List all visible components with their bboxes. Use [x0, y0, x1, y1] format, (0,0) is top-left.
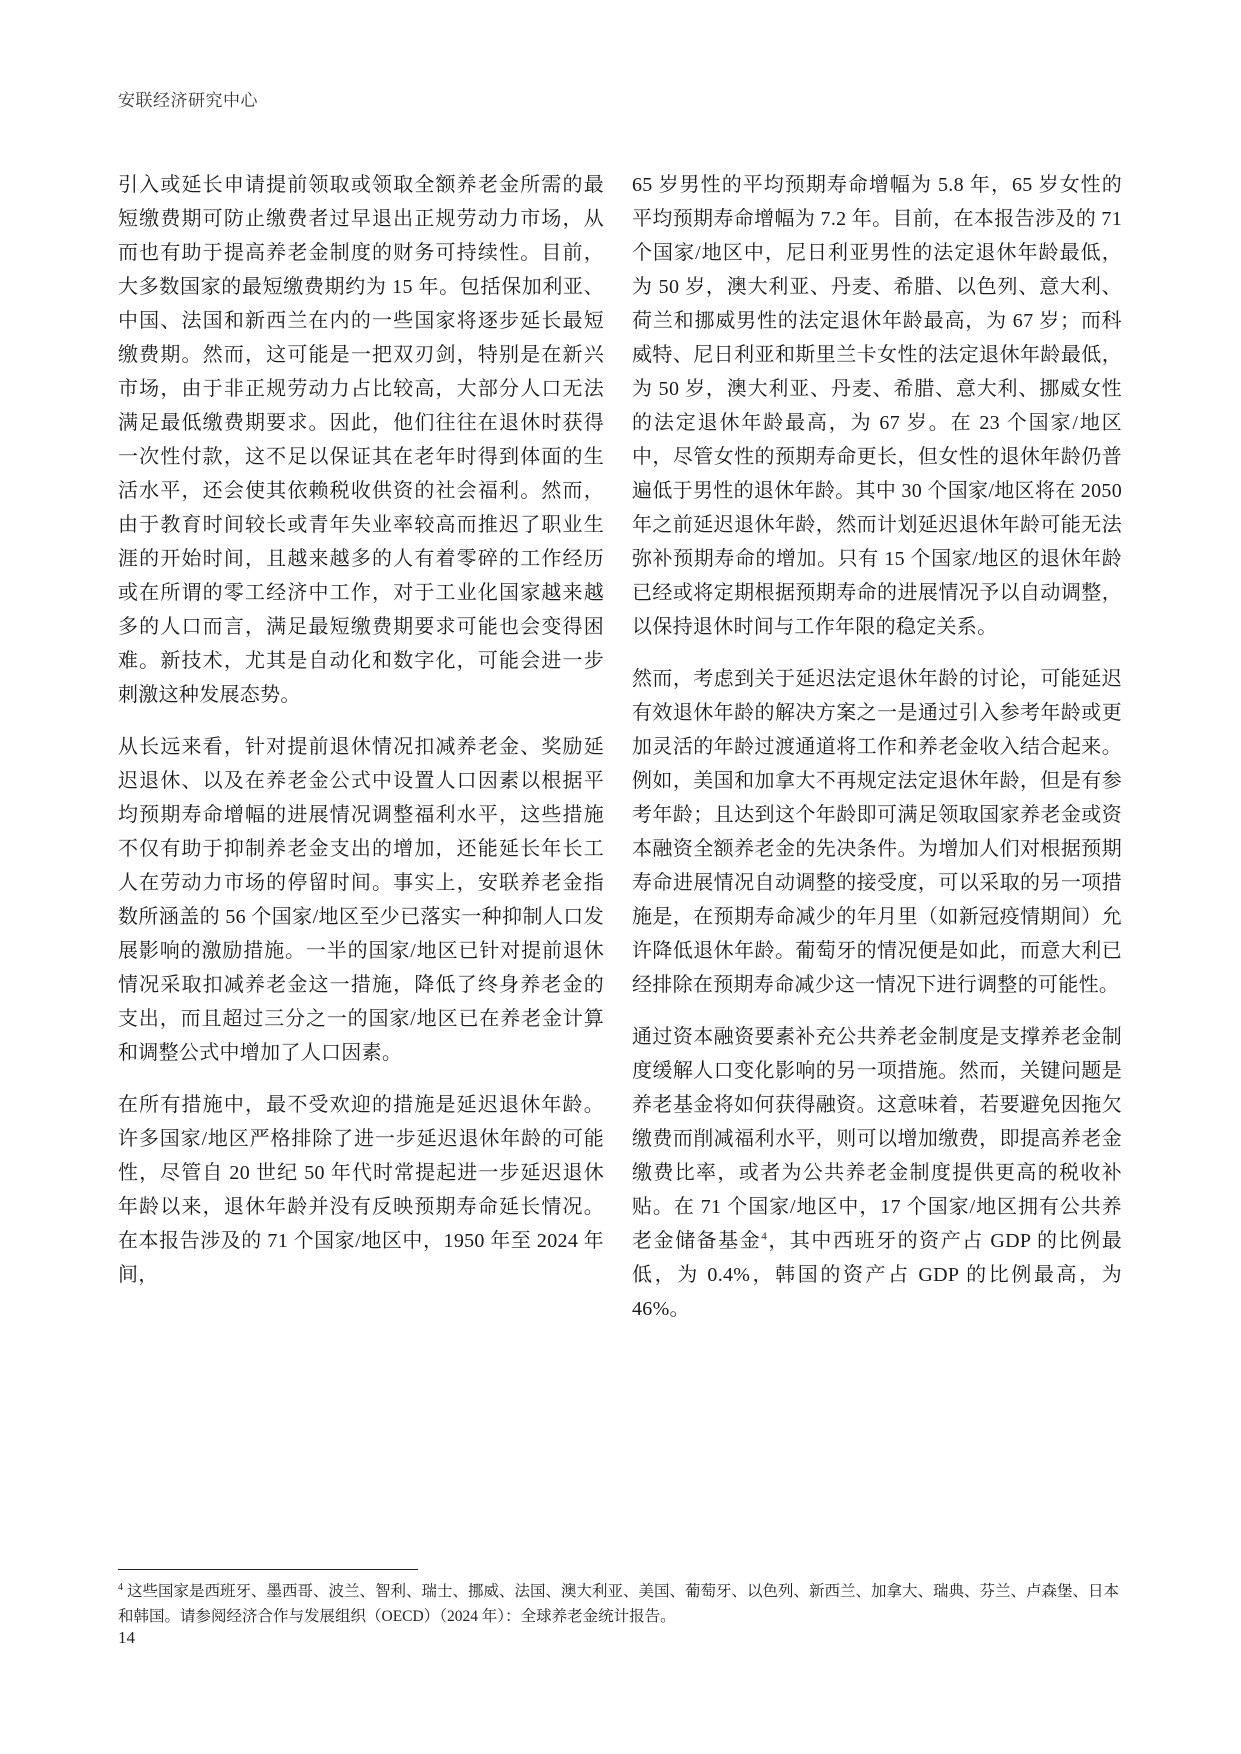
footnote: 4这些国家是西班牙、墨西哥、波兰、智利、瑞士、挪威、法国、澳大利亚、美国、葡萄牙… [118, 1579, 1128, 1629]
left-column: 引入或延长申请提前领取或领取全额养老金所需的最短缴费期可防止缴费者过早退出正规劳… [118, 168, 604, 1310]
paragraph-long-term-measures: 从长远来看，针对提前退休情况扣减养老金、奖励延迟退休、以及在养老金公式中设置人口… [118, 730, 604, 1070]
footnote-marker: 4 [118, 1582, 123, 1593]
paragraph-capital-funding: 通过资本融资要素补充公共养老金制度是支撑养老金制度缓解人口变化影响的另一项措施。… [632, 1020, 1122, 1326]
paragraph-text-before-ref: 通过资本融资要素补充公共养老金制度是支撑养老金制度缓解人口变化影响的另一项措施。… [632, 1026, 1122, 1252]
paragraph-retirement-age: 在所有措施中，最不受欢迎的措施是延迟退休年龄。许多国家/地区严格排除了进一步延迟… [118, 1088, 604, 1292]
paragraph-minimum-contribution: 引入或延长申请提前领取或领取全额养老金所需的最短缴费期可防止缴费者过早退出正规劳… [118, 168, 604, 712]
footnote-text: 这些国家是西班牙、墨西哥、波兰、智利、瑞士、挪威、法国、澳大利亚、美国、葡萄牙、… [118, 1583, 1119, 1625]
footnote-divider [118, 1569, 418, 1570]
right-column: 65 岁男性的平均预期寿命增幅为 5.8 年，65 岁女性的平均预期寿命增幅为 … [632, 168, 1122, 1344]
paragraph-reference-age: 然而，考虑到关于延迟法定退休年龄的讨论，可能延迟有效退休年龄的解决方案之一是通过… [632, 662, 1122, 1002]
page-number: 14 [118, 1628, 135, 1648]
running-header: 安联经济研究中心 [118, 86, 258, 111]
paragraph-life-expectancy: 65 岁男性的平均预期寿命增幅为 5.8 年，65 岁女性的平均预期寿命增幅为 … [632, 168, 1122, 644]
